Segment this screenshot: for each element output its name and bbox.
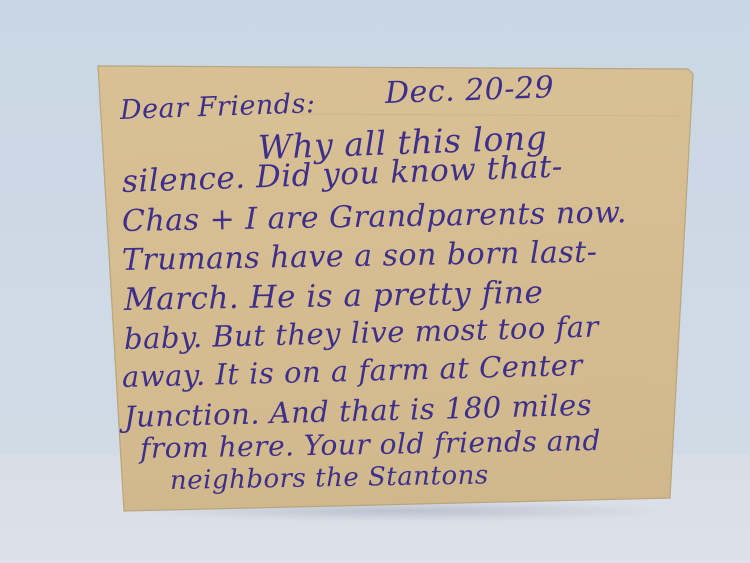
postcard-line: March. He is a pretty fine bbox=[124, 275, 544, 318]
postcard-signature: neighbors the Stantons bbox=[170, 460, 489, 496]
postcard-date: Dec. 20-29 bbox=[384, 70, 554, 111]
